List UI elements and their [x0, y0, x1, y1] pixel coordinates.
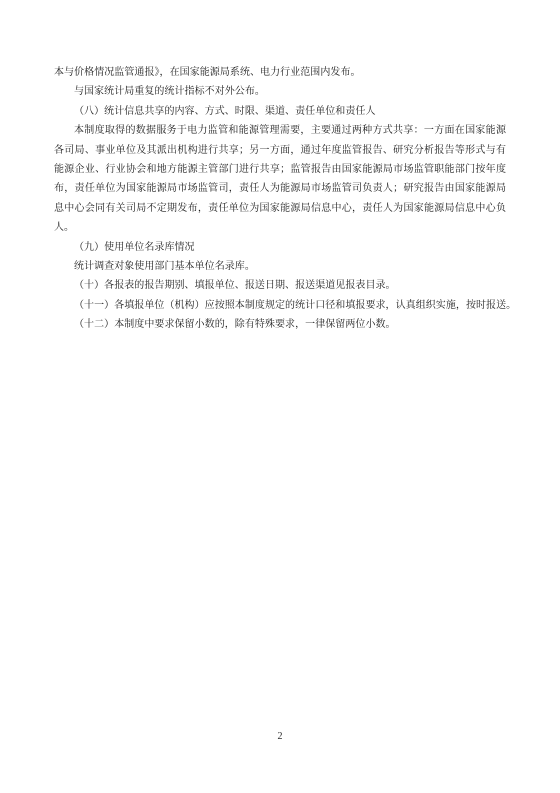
document-line: 布，责任单位为国家能源局市场监管司，责任人为能源局市场监管司负责人；研究报告由国… — [54, 179, 506, 198]
document-text-block: 本与价格情况监管通报》，在国家能源局系统、电力行业范围内发布。 与国家统计局重复… — [54, 63, 506, 334]
document-line: 本制度取得的数据服务于电力监管和能源管理需要，主要通过两种方式共享：一方面在国家… — [54, 121, 506, 140]
document-line: （十）各报表的报告期别、填报单位、报送日期、报送渠道见报表目录。 — [54, 276, 506, 295]
document-line: （八）统计信息共享的内容、方式、时限、渠道、责任单位和责任人 — [54, 102, 506, 121]
document-line: （十一）各填报单位（机构）应按照本制度规定的统计口径和填报要求，认真组织实施，按… — [54, 296, 506, 315]
document-line: （九）使用单位名录库情况 — [54, 238, 506, 257]
document-line: 人。 — [54, 218, 506, 237]
document-line: 统计调查对象使用部门基本单位名录库。 — [54, 257, 506, 276]
document-line: 与国家统计局重复的统计指标不对外公布。 — [54, 82, 506, 101]
document-line: 息中心会同有关司局不定期发布，责任单位为国家能源局信息中心，责任人为国家能源局信… — [54, 199, 506, 218]
document-line: （十二）本制度中要求保留小数的，除有特殊要求，一律保留两位小数。 — [54, 315, 506, 334]
document-page: 本与价格情况监管通报》，在国家能源局系统、电力行业范围内发布。 与国家统计局重复… — [0, 0, 560, 793]
document-line: 本与价格情况监管通报》，在国家能源局系统、电力行业范围内发布。 — [54, 63, 506, 82]
document-line: 各司局、事业单位及其派出机构进行共享；另一方面，通过年度监管报告、研究分析报告等… — [54, 141, 506, 160]
document-line: 能源企业、行业协会和地方能源主管部门进行共享；监管报告由国家能源局市场监管职能部… — [54, 160, 506, 179]
page-number: 2 — [0, 730, 560, 744]
